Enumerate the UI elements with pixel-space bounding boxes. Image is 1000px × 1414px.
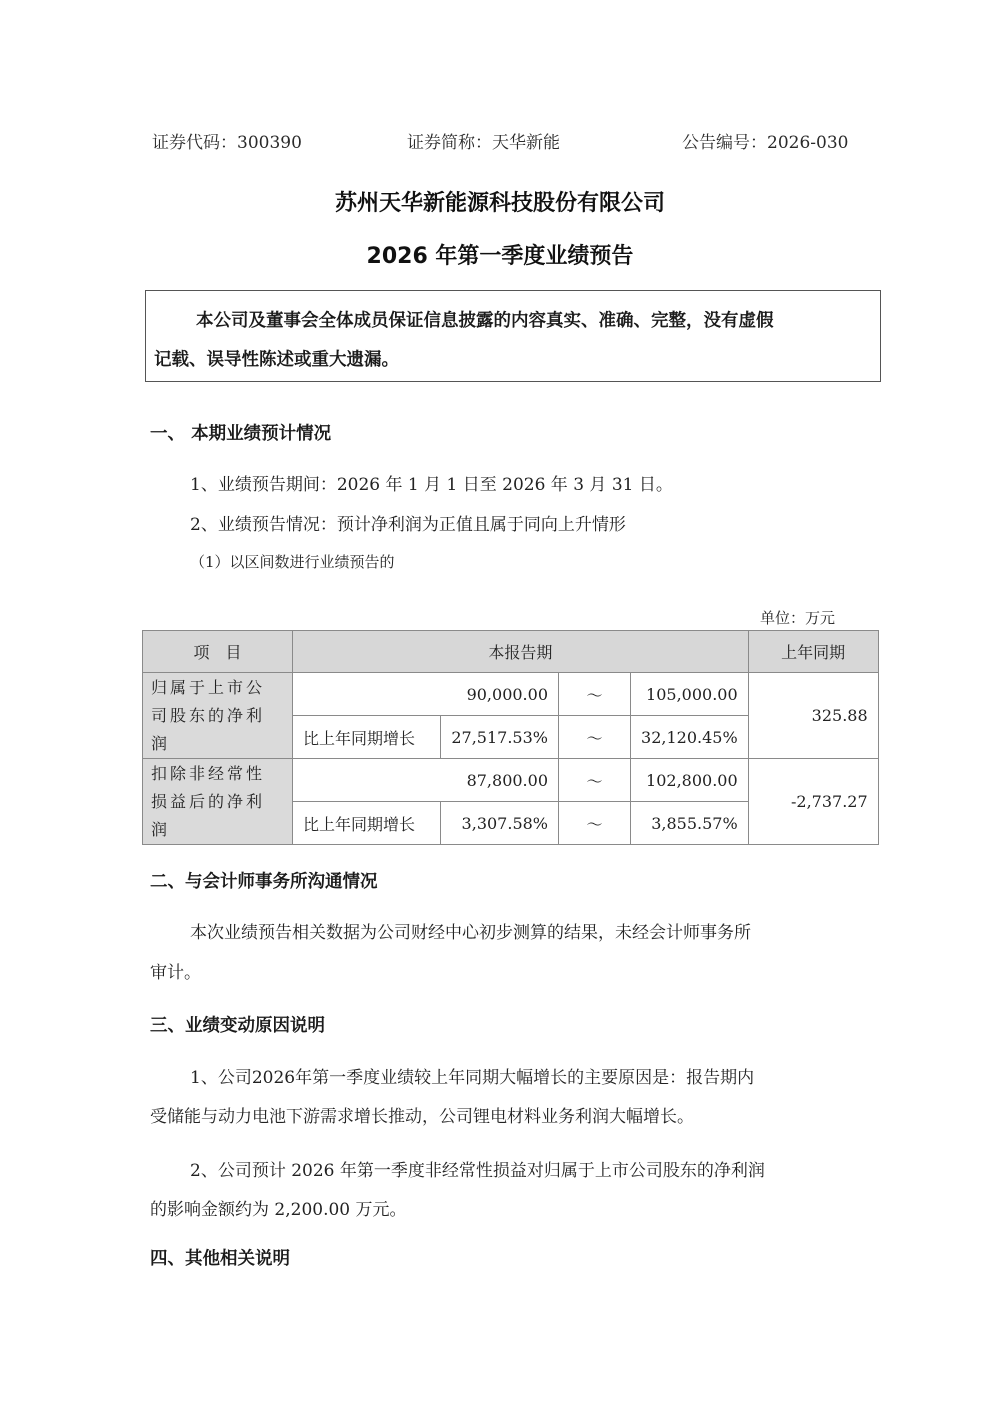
unit-label: 单位：万元 <box>760 607 835 628</box>
reason-1-line-1: 1、公司2026年第一季度业绩较上年同期大幅增长的主要原因是：报告期内 <box>190 1063 754 1088</box>
prior-value: 325.88 <box>748 673 878 759</box>
forecast-subitem: （1）以区间数进行业绩预告的 <box>190 551 395 572</box>
growth-label: 比上年同期增长 <box>293 802 441 845</box>
growth-label: 比上年同期增长 <box>293 716 441 759</box>
section-3-heading: 三、业绩变动原因说明 <box>150 1012 325 1037</box>
amount-high: 102,800.00 <box>631 759 749 802</box>
forecast-table: 项 目 本报告期 上年同期 归属于上市公司股东的净利润 90,000.00 ～ … <box>142 630 879 845</box>
amount-low: 87,800.00 <box>293 759 559 802</box>
table-header-row: 项 目 本报告期 上年同期 <box>143 631 879 673</box>
stock-abbreviation: 证券简称：天华新能 <box>407 128 560 153</box>
company-name: 苏州天华新能源科技股份有限公司 <box>0 186 1000 217</box>
row-label: 扣除非经常性损益后的净利润 <box>143 759 293 845</box>
disclaimer-box: 本公司及董事会全体成员保证信息披露的内容真实、准确、完整，没有虚假 记载、误导性… <box>145 290 881 382</box>
announcement-number: 公告编号：2026-030 <box>682 128 848 153</box>
stock-code: 证券代码：300390 <box>152 128 302 153</box>
reason-1-line-2: 受储能与动力电池下游需求增长推动，公司锂电材料业务利润大幅增长。 <box>150 1102 694 1127</box>
section-4-heading: 四、其他相关说明 <box>150 1245 290 1270</box>
growth-high: 3,855.57% <box>631 802 749 845</box>
reason-2-line-2: 的影响金额约为 2,200.00 万元。 <box>150 1195 407 1220</box>
section-1-heading: 一、 本期业绩预计情况 <box>150 420 331 445</box>
growth-high: 32,120.45% <box>631 716 749 759</box>
announcement-header: 证券代码：300390 证券简称：天华新能 公告编号：2026-030 <box>152 128 852 156</box>
range-separator: ～ <box>559 802 631 845</box>
prior-value: -2,737.27 <box>748 759 878 845</box>
section-2-heading: 二、与会计师事务所沟通情况 <box>150 868 378 893</box>
range-separator: ～ <box>559 759 631 802</box>
header-prior-period: 上年同期 <box>748 631 878 673</box>
document-title: 2026 年第一季度业绩预告 <box>0 239 1000 270</box>
table-row: 扣除非经常性损益后的净利润 87,800.00 ～ 102,800.00 -2,… <box>143 759 879 802</box>
range-separator: ～ <box>559 716 631 759</box>
auditor-paragraph-line-2: 审计。 <box>150 958 201 983</box>
amount-high: 105,000.00 <box>631 673 749 716</box>
growth-low: 3,307.58% <box>441 802 559 845</box>
amount-low: 90,000.00 <box>293 673 559 716</box>
row-label: 归属于上市公司股东的净利润 <box>143 673 293 759</box>
reason-2-line-1: 2、公司预计 2026 年第一季度非经常性损益对归属于上市公司股东的净利润 <box>190 1156 765 1181</box>
range-separator: ～ <box>559 673 631 716</box>
disclaimer-line-1: 本公司及董事会全体成员保证信息披露的内容真实、准确、完整，没有虚假 <box>196 307 774 332</box>
disclaimer-line-2: 记载、误导性陈述或重大遗漏。 <box>154 346 399 371</box>
header-item: 项 目 <box>143 631 293 673</box>
forecast-situation: 2、业绩预告情况：预计净利润为正值且属于同向上升情形 <box>190 510 626 535</box>
growth-low: 27,517.53% <box>441 716 559 759</box>
auditor-paragraph-line-1: 本次业绩预告相关数据为公司财经中心初步测算的结果，未经会计师事务所 <box>190 918 751 943</box>
forecast-period: 1、业绩预告期间：2026 年 1 月 1 日至 2026 年 3 月 31 日… <box>190 470 673 495</box>
header-current-period: 本报告期 <box>293 631 749 673</box>
table-row: 归属于上市公司股东的净利润 90,000.00 ～ 105,000.00 325… <box>143 673 879 716</box>
